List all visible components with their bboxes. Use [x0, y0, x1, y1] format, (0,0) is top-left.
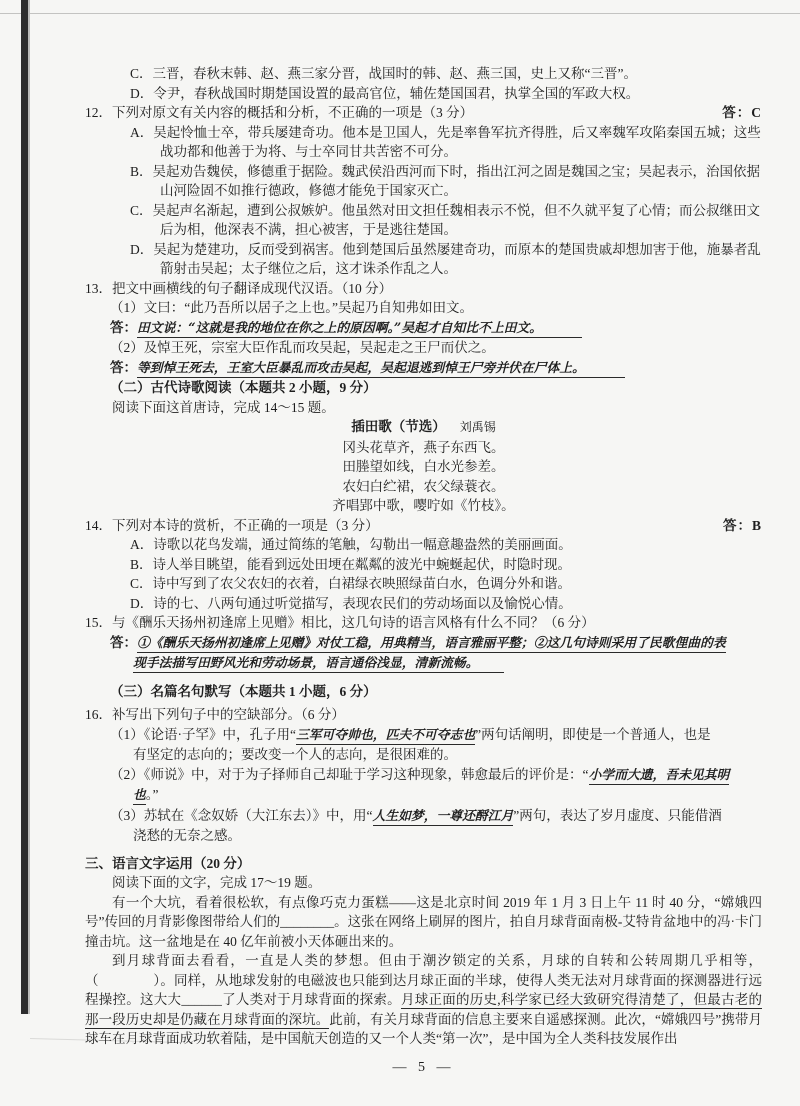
q11-option-d: D．令尹，春秋战国时期楚国设置的最高官位，辅佐楚国国君，执掌全国的军政大权。: [130, 84, 762, 104]
q13-stem: 13．把文中画横线的句子翻译成现代汉语。（10 分）: [85, 279, 762, 299]
q16-sub1-line2: 有坚定的志向的；要改变一个人的志向，是很困难的。: [133, 745, 762, 765]
q16-sub2-line2: 也。”: [133, 785, 762, 806]
q14-stem-text: 14．下列对本诗的赏析，不正确的一项是（3 分）: [85, 518, 379, 533]
q14-answer-key: 答：B: [723, 516, 762, 536]
q16-sub2-handwriting2: 也: [133, 788, 146, 805]
q14-stem: 14．下列对本诗的赏析，不正确的一项是（3 分） 答：B: [85, 516, 762, 536]
exam-content: C．三晋，春秋末韩、赵、燕三家分晋，战国时的韩、赵、燕三国，史上又称“三晋”。 …: [85, 64, 762, 1077]
sec2-heading: （二）古代诗歌阅读（本题共 2 小题，9 分）: [110, 378, 762, 398]
p2-text-b: 了人类对于月球背面的探索。: [222, 992, 401, 1007]
sec2-intro: 阅读下面这首唐诗，完成 14～15 题。: [112, 398, 762, 418]
q15-answer-line1: 答：①《酬乐天扬州初逢席上见赠》对仗工稳，用典精当，语言雅丽平整；②这几句诗则采…: [110, 633, 762, 654]
p1-blank: ________: [280, 914, 334, 929]
exam-scan-page: C．三晋，春秋末韩、赵、燕三家分晋，战国时的韩、赵、燕三国，史上又称“三晋”。 …: [0, 0, 800, 1106]
q11-option-c: C．三晋，春秋末韩、赵、燕三家分晋，战国时的韩、赵、燕三国，史上又称“三晋”。: [130, 64, 762, 84]
q16-sub3-line1: （3）苏轼在《念奴娇（大江东去）》中，用“人生如梦，一尊还酹江月”两句，表达了岁…: [110, 806, 762, 827]
q16-sub1-pre: （1）《论语·子罕》中，孔子用“: [110, 727, 296, 742]
q12-option-b: B．吴起劝告魏侯，修德重于据险。魏武侯沿西河而下时，指出江河之固是魏国之宝；吴起…: [130, 162, 762, 201]
q12-answer-key: 答：C: [722, 103, 762, 123]
q16-sub1-line1: （1）《论语·子罕》中，孔子用“三军可夺帅也，匹夫不可夺志也”两句话阐明，即使是…: [110, 725, 762, 746]
p2-blank: ______: [181, 992, 222, 1007]
q16-sub2-line1: （2）《师说》中，对于为子择师自己却耻于学习这种现象，韩愈最后的评价是：“小学而…: [110, 765, 762, 786]
q16-sub3-pre: （3）苏轼在《念奴娇（大江东去）》中，用“: [110, 808, 373, 823]
poem-line: 田塍望如线，白水光参差。: [85, 457, 762, 477]
answer-label: 答：: [110, 635, 137, 650]
q12-stem-text: 12．下列对原文有关内容的概括和分析，不正确的一项是（3 分）: [85, 105, 473, 120]
poem-line: 农妇白纻裙，农父绿蓑衣。: [85, 477, 762, 497]
answer-label: 答：: [110, 320, 137, 335]
q16-sub3-line2: 浇愁的无奈之感。: [133, 826, 762, 846]
q16-sub1-handwriting: 三军可夺帅也，匹夫不可夺志也: [296, 728, 475, 745]
q13-answer2-handwriting: 等到悼王死去，王室大臣暴乱而攻击吴起，吴起退逃到悼王尸旁并伏在尸体上。: [137, 361, 625, 378]
q13-answer1-handwriting: 田文说：“这就是我的地位在你之上的原因啊。”吴起才自知比不上田文。: [137, 321, 582, 338]
q15-stem: 15．与《酬乐天扬州初逢席上见赠》相比，这几句诗的语言风格有什么不同？（6 分）: [85, 613, 762, 633]
poem-line: 齐唱郢中歌，嘤咛如《竹枝》。: [85, 496, 762, 516]
q12-option-c: C．吴起声名渐起，遭到公叔嫉妒。他虽然对田文担任魏相表示不悦，但不久就平复了心情…: [130, 201, 762, 240]
q14-option-b: B．诗人举目眺望，能看到远处田埂在粼粼的波光中蜿蜒起伏，时隐时现。: [130, 555, 762, 575]
q15-answer1-handwriting: ①《酬乐天扬州初逢席上见赠》对仗工稳，用典精当，语言雅丽平整；②这几句诗则采用了…: [137, 636, 726, 653]
q16-sub2-handwriting: 小学而大遗，吾未见其明: [589, 768, 730, 785]
q13-answer1: 答：田文说：“这就是我的地位在你之上的原因啊。”吴起才自知比不上田文。: [110, 318, 762, 339]
q16-stem: 16．补写出下列句子中的空缺部分。（6 分）: [85, 705, 762, 725]
q14-option-c: C．诗中写到了农父农妇的衣着，白裙绿衣映照绿苗白水，色调分外和谐。: [130, 574, 762, 594]
sec3-heading: （三）名篇名句默写（本题共 1 小题，6 分）: [110, 682, 762, 702]
q16-sub3-handwriting: 人生如梦，一尊还酹江月: [373, 809, 514, 826]
q12-option-a: A．吴起怜恤士卒，带兵屡建奇功。他本是卫国人，先是率鲁军抗齐得胜，后又率魏军攻陷…: [130, 123, 762, 162]
q12-stem: 12．下列对原文有关内容的概括和分析，不正确的一项是（3 分） 答：C: [85, 103, 762, 123]
q16-sub2-pre: （2）《师说》中，对于为子择师自己却耻于学习这种现象，韩愈最后的评价是：“: [110, 767, 589, 782]
poem-line: 冈头花草齐，燕子东西飞。: [85, 438, 762, 458]
q16-sub3-post: ”两句，表达了岁月虚度、只能借酒: [513, 808, 722, 823]
q13-answer2: 答：等到悼王死去，王室大臣暴乱而攻击吴起，吴起退逃到悼王尸旁并伏在尸体上。: [110, 358, 762, 379]
q14-option-d: D．诗的七、八两句通过听觉描写，表现农民们的劳动场面以及愉悦心情。: [130, 594, 762, 614]
q16-sub1-post: ”两句话阐明，即使是一个普通人，也是: [475, 727, 711, 742]
q13-sub2: （2）及悼王死，宗室大臣作乱而攻吴起，吴起走之王尸而伏之。: [110, 338, 762, 358]
part3-paragraph1: 有一个大坑，看着很松软，有点像巧克力蛋糕——这是北京时间 2019 年 1 月 …: [85, 893, 762, 952]
q12-option-d: D．吴起为楚建功，反而受到祸害。他到楚国后虽然屡建奇功，而原本的楚国贵戚却想加害…: [130, 240, 762, 279]
poem-title-line: 插田歌（节选）刘禹锡: [85, 417, 762, 438]
answer-label: 答：: [110, 360, 137, 375]
q13-sub1: （1）文曰：“此乃吾所以居子之上也。”吴起乃自知弗如田文。: [110, 298, 762, 318]
q16-sub2-post: 。”: [146, 787, 159, 802]
q14-option-a: A．诗歌以花鸟发端，通过简练的笔触，勾勒出一幅意趣盎然的美丽画面。: [130, 535, 762, 555]
scan-binding-bar: [21, 0, 28, 1014]
part3-heading: 三、语言文字运用（20 分）: [85, 854, 762, 874]
poem-title: 插田歌（节选）: [351, 419, 446, 434]
q15-answer-line2: 现手法描写田野风光和劳动场景，语言通俗浅显，清新流畅。: [133, 653, 762, 674]
poem-author: 刘禹锡: [460, 420, 496, 434]
q15-answer2-handwriting: 现手法描写田野风光和劳动场景，语言通俗浅显，清新流畅。: [133, 656, 504, 673]
page-number: — 5 —: [85, 1058, 762, 1078]
scan-top-edge-line: [0, 13, 800, 14]
part3-intro: 阅读下面的文字，完成 17～19 题。: [112, 873, 762, 893]
part3-paragraph2: 到月球背面去看看，一直是人类的梦想。但由于潮汐锁定的关系，月球的自转和公转周期几…: [85, 951, 762, 1049]
